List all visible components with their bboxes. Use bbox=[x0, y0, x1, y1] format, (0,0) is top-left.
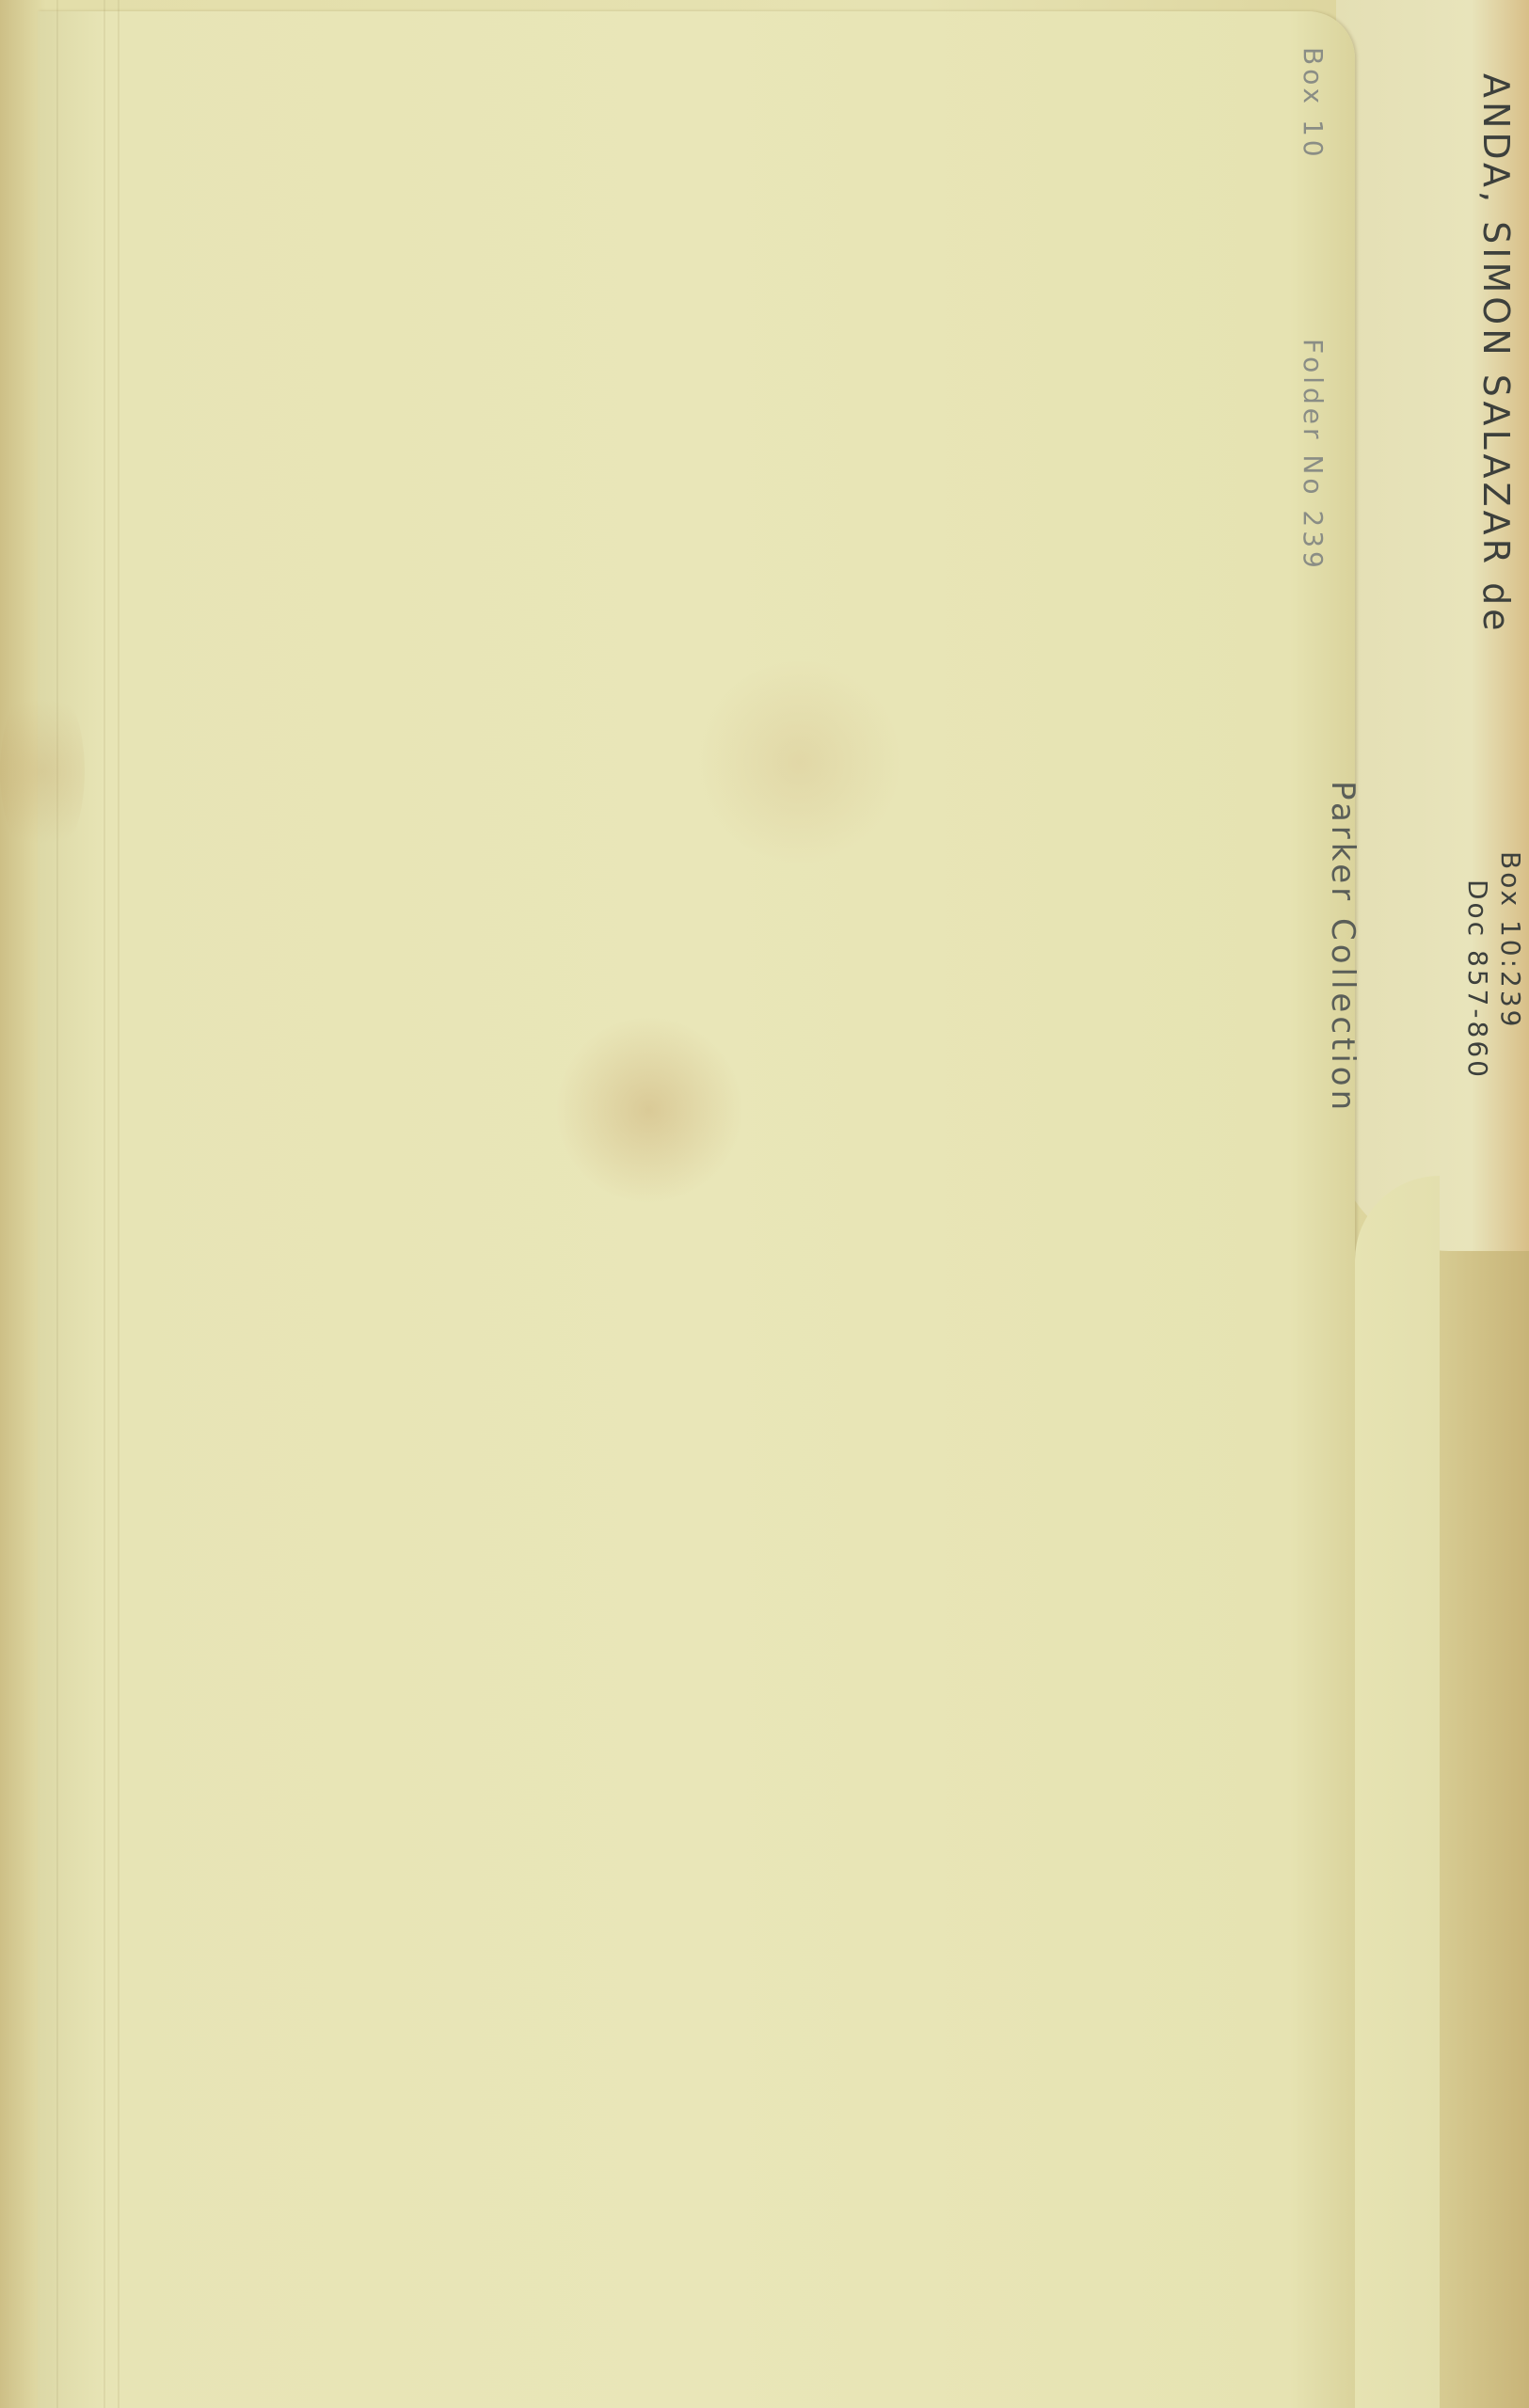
tab-box-folder-label: Box 10:239 bbox=[1495, 851, 1526, 1029]
box-annotation: Box 10 bbox=[1298, 47, 1329, 161]
folder-front-cover bbox=[38, 11, 1355, 2408]
tab-name-label: ANDA, SIMON SALAZAR de bbox=[1475, 73, 1517, 635]
fold-line bbox=[56, 0, 58, 2408]
stain bbox=[696, 658, 903, 865]
fold-line bbox=[104, 0, 105, 2408]
folder-number-annotation: Folder No 239 bbox=[1298, 339, 1329, 572]
stain bbox=[555, 1016, 743, 1204]
folder-tab-notch bbox=[1355, 1176, 1440, 2408]
fold-line bbox=[118, 0, 119, 2408]
tab-documents-label: Doc 857-860 bbox=[1462, 879, 1493, 1080]
stain bbox=[0, 677, 85, 865]
collection-annotation: Parker Collection bbox=[1324, 781, 1362, 1114]
